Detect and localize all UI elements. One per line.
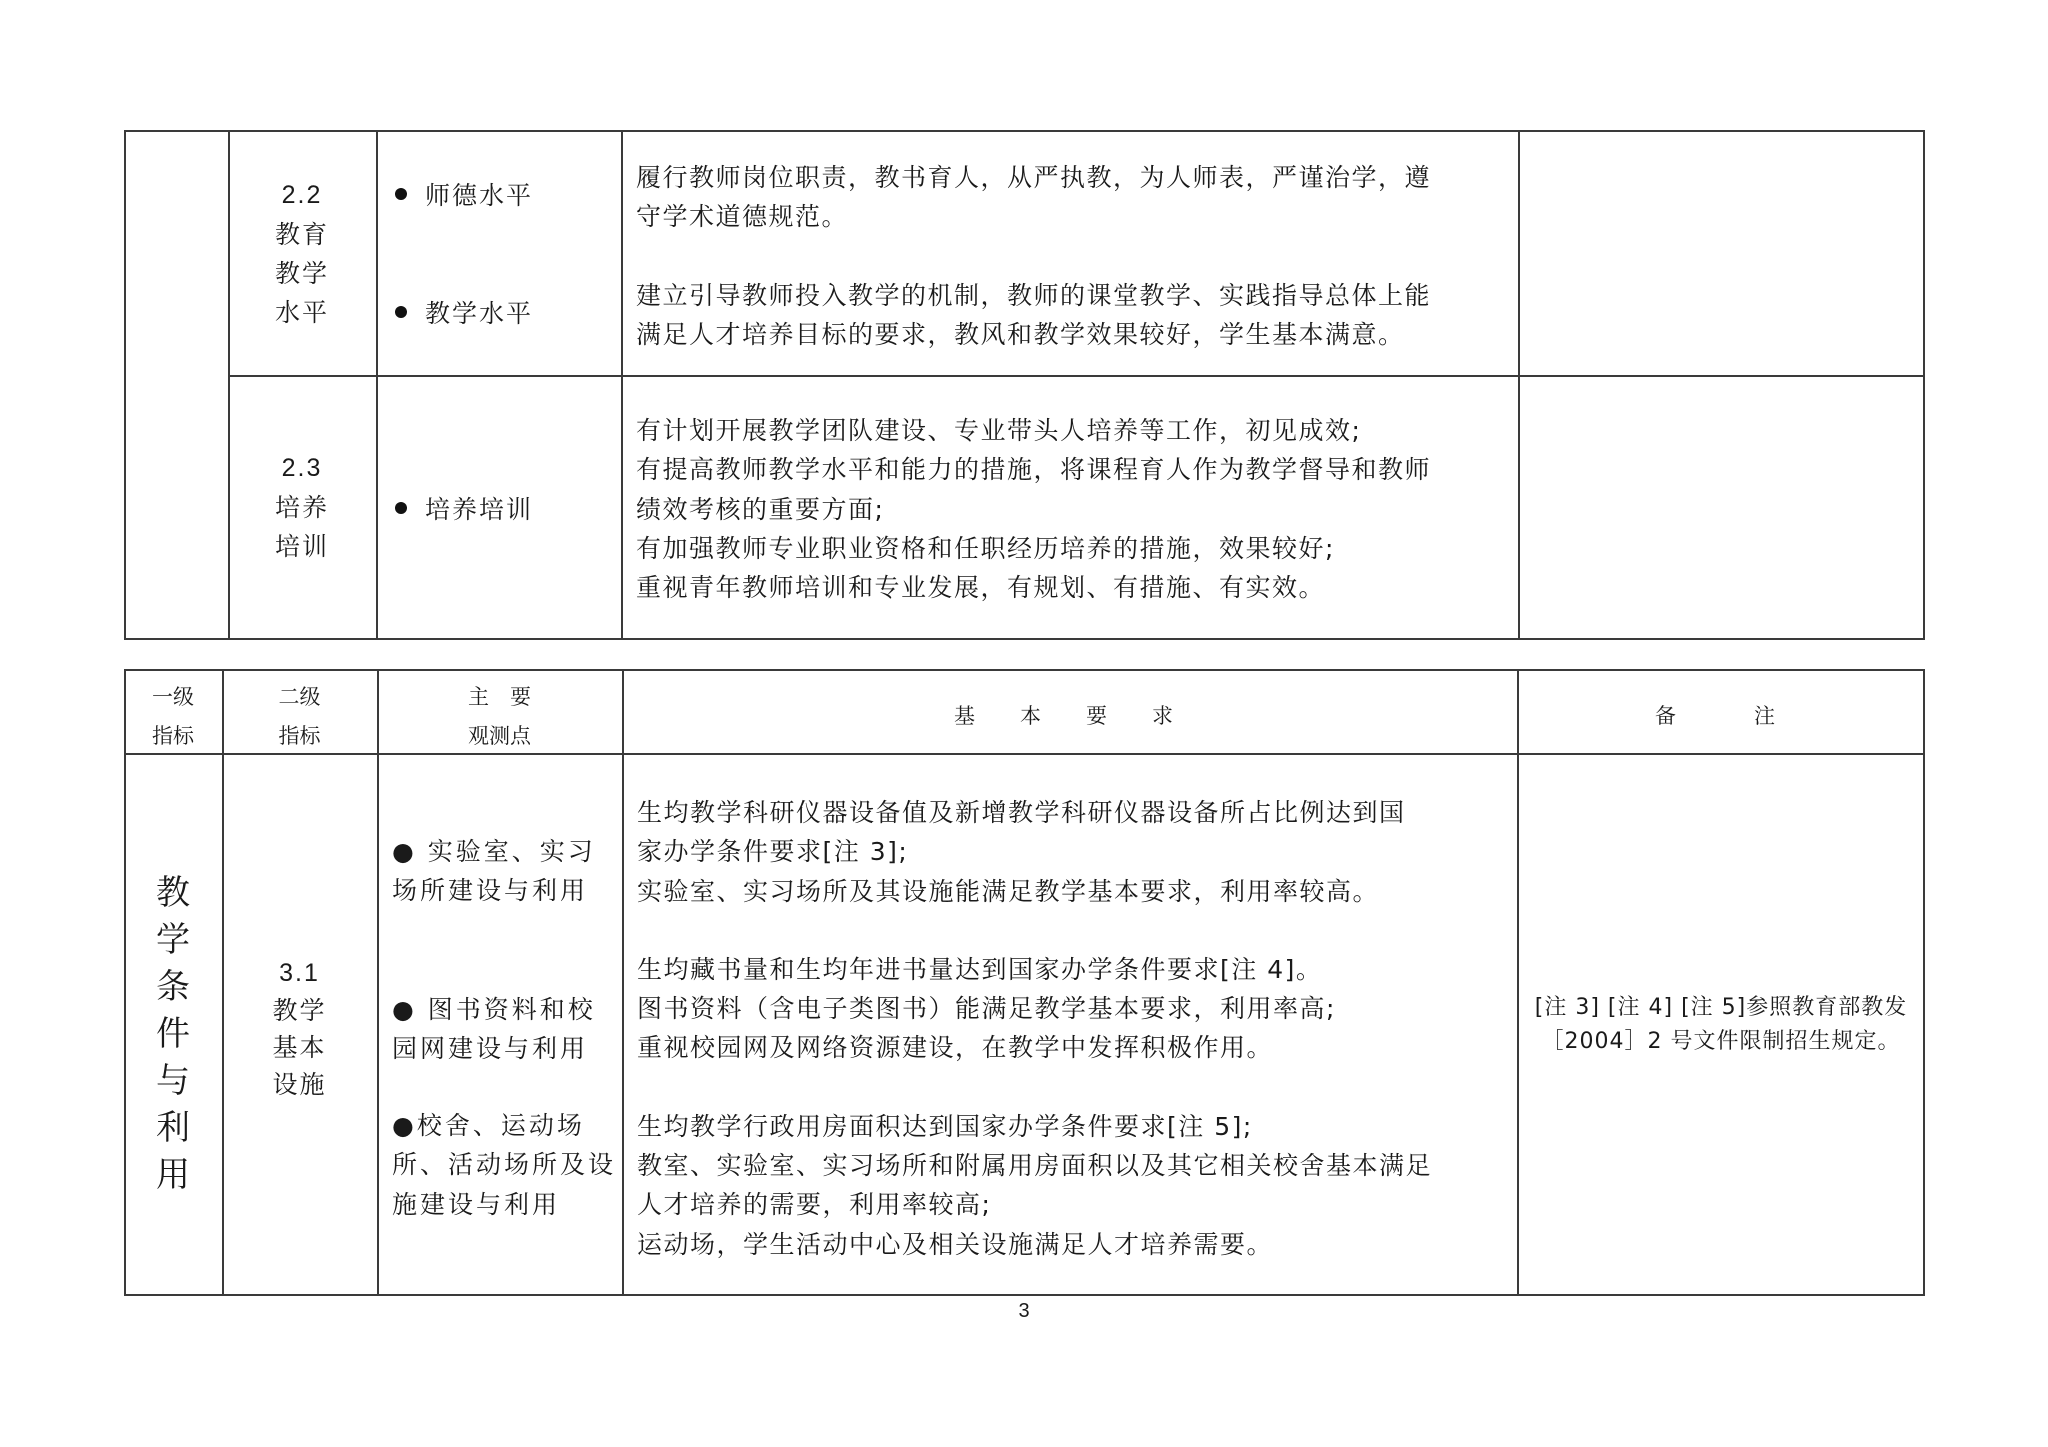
header-remarks: 备 注 — [1517, 697, 1925, 736]
indicator-name-line: 设施 — [222, 1066, 377, 1103]
indicator-name-line: 培训 — [228, 527, 376, 566]
header-requirements: 基 本 要 求 — [622, 697, 1517, 736]
col-divider — [621, 130, 623, 640]
requirement-block: 生均教学科研仪器设备值及新增教学科研仪器设备所占比例达到国 家办学条件要求[注 … — [637, 793, 1432, 1264]
observation-item: ● 实验室、实习 场所建设与利用 — [392, 832, 596, 911]
indicator-code: 3.1 — [222, 955, 377, 992]
indicator-name-line: 基本 — [222, 1029, 377, 1066]
indicator-code: 2.3 — [228, 449, 376, 488]
indicator-3-1: 3.1 教学 基本 设施 — [222, 955, 377, 1103]
header-observation: 主 要 观测点 — [377, 678, 622, 756]
page-number: 3 — [1004, 1300, 1044, 1323]
indicator-name-line: 教育 — [228, 215, 376, 254]
level1-title: 教 学 条 件 与 利 用 — [148, 870, 198, 1199]
requirement-block: 履行教师岗位职责，教书育人，从严执教，为人师表，严谨治学，遵 守学术道德规范。 … — [636, 158, 1431, 354]
header-level2: 二级 指标 — [222, 678, 377, 756]
observation-item: 师德水平 — [395, 176, 533, 215]
col-divider — [622, 669, 624, 1296]
observation-item: ●校舍、运动场 所、活动场所及设 施建设与利用 — [392, 1106, 616, 1224]
indicator-2-3: 2.3 培养 培训 — [228, 449, 376, 566]
observation-item: 培养培训 — [395, 490, 533, 529]
row-divider — [228, 375, 1925, 377]
remarks-notes: [注 3] [注 4] [注 5]参照教育部教发 ［2004］2 号文件限制招生… — [1517, 991, 1925, 1059]
col-divider — [377, 669, 379, 1296]
observation-item: ● 图书资料和校 园网建设与利用 — [392, 990, 596, 1069]
col-divider — [1518, 130, 1520, 640]
indicator-code: 2.2 — [228, 176, 376, 215]
indicator-name-line: 教学 — [228, 254, 376, 293]
header-level1: 一级 指标 — [124, 678, 222, 756]
indicator-2-2: 2.2 教育 教学 水平 — [228, 176, 376, 332]
bullet-icon — [395, 306, 407, 318]
bullet-icon — [395, 188, 407, 200]
bullet-icon — [395, 502, 407, 514]
requirement-block: 有计划开展教学团队建设、专业带头人培养等工作，初见成效; 有提高教师教学水平和能… — [636, 411, 1431, 607]
col-divider — [376, 130, 378, 640]
observation-item: 教学水平 — [395, 294, 533, 333]
indicator-name-line: 培养 — [228, 488, 376, 527]
indicator-name-line: 水平 — [228, 293, 376, 332]
col-divider — [1517, 669, 1519, 1296]
indicator-name-line: 教学 — [222, 992, 377, 1029]
